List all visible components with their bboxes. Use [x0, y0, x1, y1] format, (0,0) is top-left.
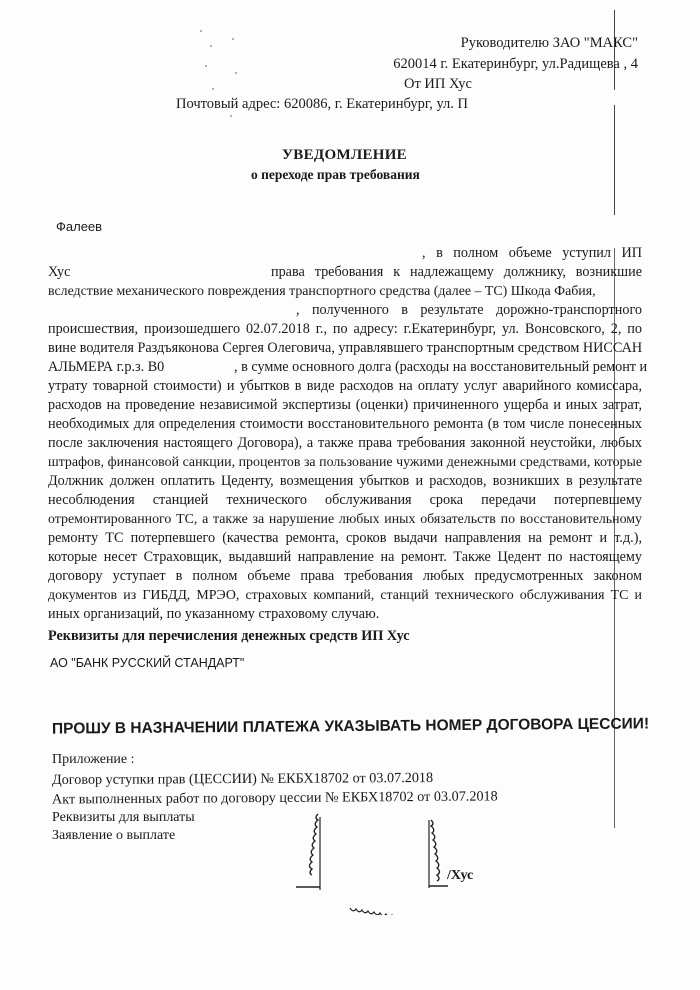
- body-line-6: вине водителя Раздъяконова Сергея Олегов…: [48, 339, 642, 358]
- body-line-1: , в полном объеме уступил ИП: [422, 244, 642, 263]
- body-line-10: необходимых для определения стоимости во…: [48, 415, 642, 434]
- signature-mark-bottom: [348, 905, 404, 915]
- body-line-15: отремонтированного ТС, а также за наруше…: [48, 510, 642, 529]
- body-line-12: штрафов, финансовой санкции, процентов з…: [48, 453, 642, 472]
- scan-speck: [210, 45, 212, 47]
- postal-address: Почтовый адрес: 620086, г. Екатеринбург,…: [176, 96, 468, 113]
- recipient: Руководителю ЗАО "МАКС": [461, 35, 638, 52]
- body-line-11: после заключения настоящего Договора), а…: [48, 434, 642, 453]
- attachment-item-1: Договор уступки прав (ЦЕССИИ) № ЕКБХ1870…: [52, 770, 433, 789]
- body-line-17: которые несет Страховщик, выдавший напра…: [48, 548, 642, 567]
- body-line-4: , полученного в результате дорожно-транс…: [296, 301, 642, 320]
- body-line-20: иных организаций, по указанному страхово…: [48, 605, 642, 624]
- cedent-name: Фалеев: [56, 219, 102, 234]
- recipient-address: 620014 г. Екатеринбург, ул.Радищева , 4: [393, 56, 638, 73]
- scan-fold-line: [614, 105, 615, 215]
- scan-speck: [232, 38, 234, 40]
- body-line-18: договору уступает в полном объеме права …: [48, 567, 642, 586]
- body-line-5: происшествия, произошедшего 02.07.2018 г…: [48, 320, 642, 339]
- signatory-name: /Хус: [447, 868, 473, 884]
- body-line-16: ремонту ТС потерпевшего (качества ремонт…: [48, 529, 642, 548]
- attachment-item-4: Заявление о выплате: [52, 828, 175, 844]
- payment-note: ПРОШУ В НАЗНАЧЕНИИ ПЛАТЕЖА УКАЗЫВАТЬ НОМ…: [52, 715, 649, 738]
- bank-name: АО "БАНК РУССКИЙ СТАНДАРТ": [50, 656, 244, 670]
- document-subtitle: о переходе прав требования: [251, 167, 420, 183]
- body-line-3: вследствие механического повреждения тра…: [48, 282, 642, 301]
- scan-speck: [200, 30, 202, 32]
- scan-speck: [235, 72, 237, 74]
- assignee-name: Хус: [48, 263, 70, 282]
- body-line-9: расходов на проведение независимой экспе…: [48, 396, 642, 415]
- attachment-item-2: Акт выполненных работ по договору цессии…: [52, 788, 498, 808]
- attachments-heading: Приложение :: [52, 752, 135, 768]
- document-page: Руководителю ЗАО "МАКС" 620014 г. Екатер…: [0, 0, 700, 990]
- payment-details-heading: Реквизиты для перечисления денежных сред…: [48, 628, 410, 645]
- scan-speck: [205, 65, 207, 67]
- attachment-item-3: Реквизиты для выплаты: [52, 810, 195, 826]
- body-line-19: документов из ГИБДД, МРЭО, страховых ком…: [48, 586, 642, 605]
- body-line-8: утрату товарной стоимости) и убытков в в…: [48, 377, 642, 396]
- signature-mark-left: [296, 812, 326, 892]
- body-line-7: АЛЬМЕРА г.р.з. В0 , в сумме основного до…: [48, 358, 642, 377]
- scan-speck: [212, 88, 214, 90]
- body-line-14: несоблюдения станцией технического обслу…: [48, 491, 642, 510]
- body-line-2: Хус права требования к надлежащему должн…: [48, 263, 642, 282]
- body-line-13: Должник должен оплатить Цеденту, возмеще…: [48, 472, 642, 491]
- document-title: УВЕДОМЛЕНИЕ: [282, 147, 407, 164]
- scan-speck: [230, 115, 232, 117]
- sender: От ИП Хус: [404, 76, 472, 93]
